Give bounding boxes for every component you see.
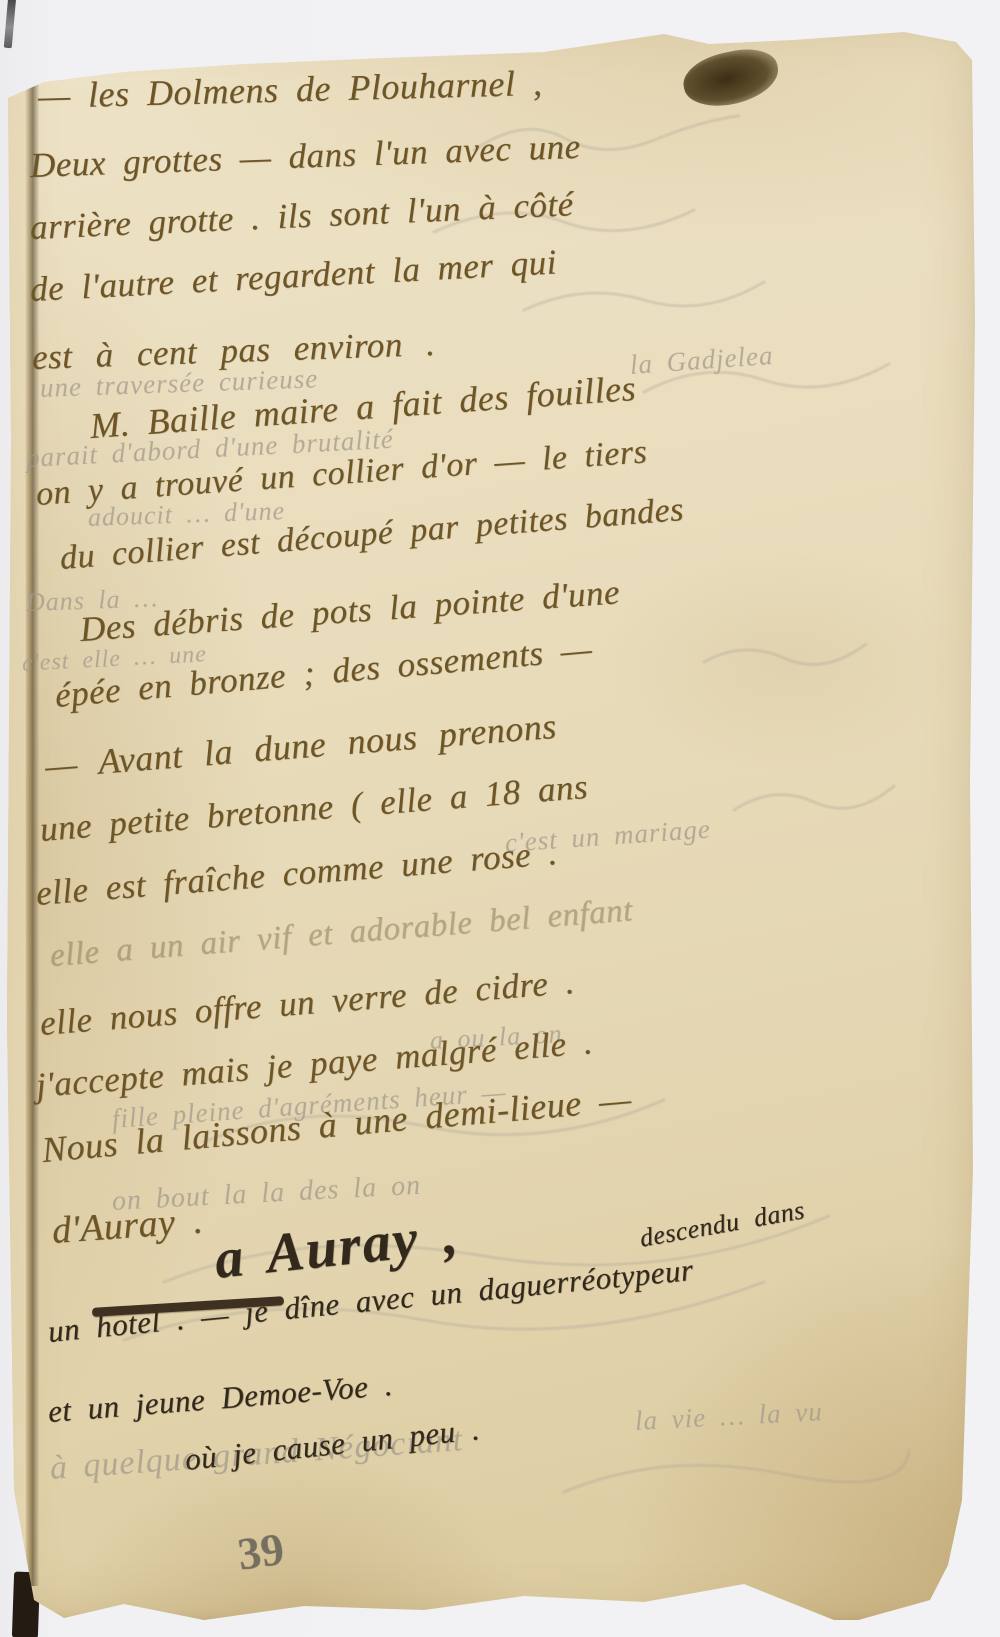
pencil-annotation: la Gadjelea bbox=[629, 342, 774, 379]
ink-line: — les Dolmens de Plouharnel , bbox=[38, 65, 543, 114]
ink-line-faded: elle a un air vif et adorable bel enfant bbox=[49, 894, 634, 973]
ink-line: elle est fraîche comme une rose . bbox=[35, 835, 559, 911]
binding-pin bbox=[4, 0, 17, 48]
ink-line: est à cent pas environ . bbox=[31, 326, 435, 375]
pencil-annotation: la vie … la vu bbox=[634, 1398, 823, 1435]
page-number: 39 bbox=[234, 1522, 287, 1581]
manuscript-page: une traversée curieuse la Gadjelea parai… bbox=[4, 20, 979, 1620]
manuscript-scan: une traversée curieuse la Gadjelea parai… bbox=[0, 0, 1000, 1637]
gutter-fold bbox=[6, 78, 26, 1583]
ink-line-heading: a Auray , bbox=[212, 1207, 462, 1288]
ink-line: — Avant la dune nous prenons bbox=[44, 708, 558, 784]
ink-line: d'Auray . bbox=[51, 1201, 205, 1249]
ink-spatter bbox=[729, 26, 747, 41]
ink-line: et un jeune Demoe-Voe . bbox=[47, 1369, 394, 1427]
ink-line: Deux grottes — dans l'un avec une bbox=[29, 129, 581, 183]
ink-line: arrière grotte . ils sont l'un à côté bbox=[29, 186, 574, 245]
ink-line: descendu dans bbox=[638, 1197, 807, 1252]
ink-blot bbox=[679, 43, 784, 114]
ink-line: de l'autre et regardent la mer qui bbox=[29, 244, 558, 307]
